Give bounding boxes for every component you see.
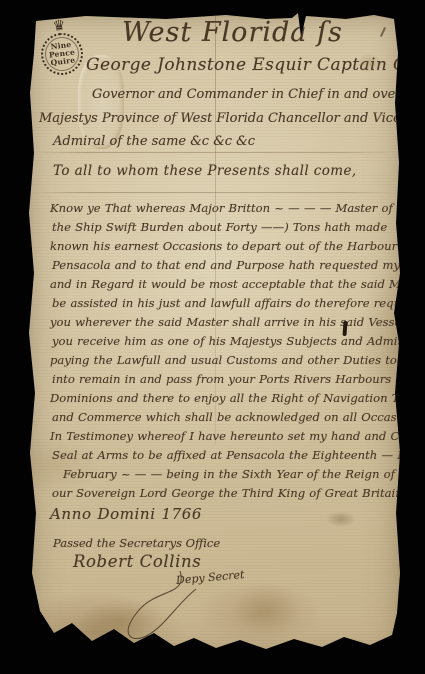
body-line: February ~ — — being in the Sixth Year o…	[63, 465, 400, 484]
header-line: George Johnstone Esquir Captain General	[86, 55, 425, 75]
body-line: you wherever the said Master shall arriv…	[50, 313, 400, 332]
signature-flourish	[118, 569, 204, 643]
horizontal-fold-crease	[30, 152, 398, 153]
crown-icon: ♛	[30, 16, 87, 37]
body-line: In Testimoney whereof I have hereunto se…	[50, 427, 400, 446]
body-line: be assisted in his just and lawfull affa…	[52, 294, 400, 313]
body-line: into remain in and pass from your Ports …	[52, 370, 400, 389]
body-line: you receive him as one of his Majestys S…	[52, 332, 400, 351]
body-line: paying the Lawfull and usual Customs and…	[50, 351, 400, 370]
body-line: and Commerce which shall be acknowledged…	[52, 408, 400, 427]
horizontal-fold-crease	[30, 192, 398, 193]
secretary-office-line: Passed the Secretarys Office	[53, 536, 220, 550]
body-line: Dominions and there to enjoy all the Rig…	[50, 389, 400, 408]
stain	[232, 583, 302, 635]
body-line: our Sovereign Lord George the Third King…	[52, 484, 400, 503]
body-line-anno-domini: Anno Domini 1766	[50, 505, 400, 524]
body-line: known his earnest Occasions to depart ou…	[50, 237, 400, 256]
stamp-ring: Nine Pence Quire	[39, 31, 86, 78]
body-line: the Ship Swift Burden about Forty ——) To…	[52, 218, 400, 237]
body-line: and in Regard it would be most acceptabl…	[50, 275, 400, 294]
manuscript-page: ♛ Nine Pence Quire West Florida ſs Georg…	[26, 13, 402, 659]
header-line: Admiral of the same &c &c &c	[53, 134, 255, 149]
document-title: West Florida ſs	[122, 17, 343, 48]
header-line: Governor and Commander in Chief in and o…	[92, 87, 425, 102]
stamp-value-line3: Quire	[50, 56, 75, 67]
header-line: Majestys Province of West Florida Chance…	[39, 111, 401, 126]
body-line: Know ye That whereas Major Britton ~ — —…	[50, 199, 400, 218]
body-text: Know ye That whereas Major Britton ~ — —…	[50, 199, 400, 524]
salutation-line: To all to whom these Presents shall come…	[53, 163, 357, 179]
body-line: Pensacola and to that end and Purpose ha…	[52, 256, 400, 275]
pen-mark	[380, 27, 386, 37]
body-line: Seal at Arms to be affixed at Pensacola …	[52, 446, 400, 465]
